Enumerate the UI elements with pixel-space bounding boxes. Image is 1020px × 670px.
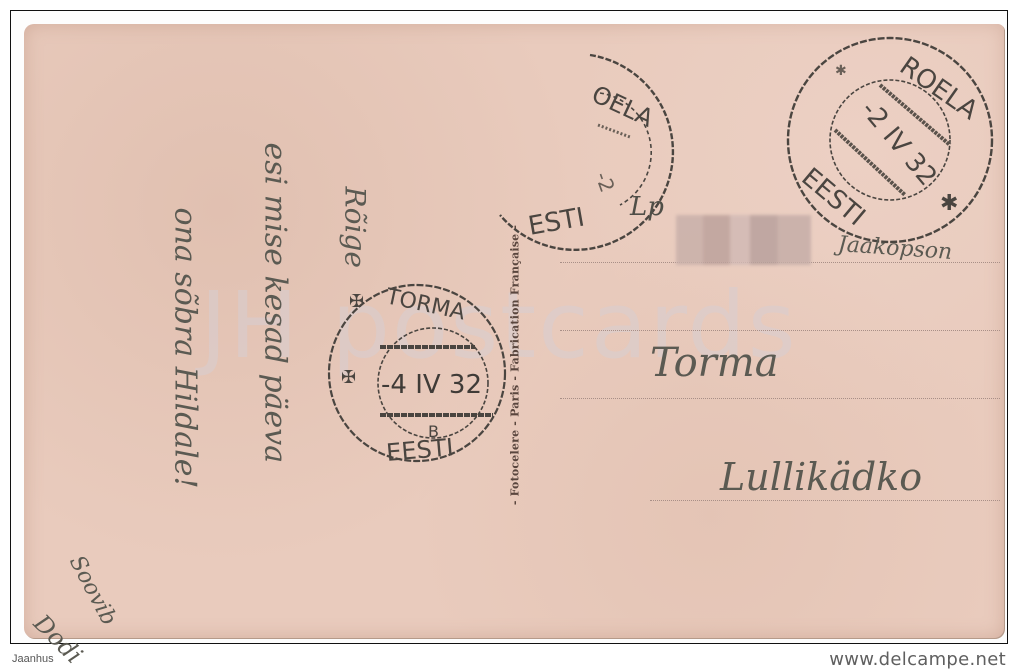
svg-text:TORMA: TORMA: [383, 284, 468, 325]
svg-text:-2: -2: [590, 169, 619, 196]
address-line-4: [650, 500, 1000, 501]
address-line-3: [560, 398, 1000, 399]
message-line-2: esi mise kesad päeva: [258, 143, 293, 464]
message-line-3: ona sõbra Hildale!: [168, 208, 203, 489]
roela-postmark-partial: OELA -2 ESTI Lp: [480, 45, 700, 270]
svg-text:✠: ✠: [349, 291, 364, 312]
address-line-2: [560, 330, 1000, 331]
address-district: Lullikädko: [720, 455, 922, 499]
svg-text:✱: ✱: [835, 63, 847, 79]
svg-text:-4 IV 32: -4 IV 32: [381, 370, 482, 400]
svg-text:✱: ✱: [940, 191, 958, 216]
seller-name: Jaanhus: [12, 653, 54, 665]
site-link[interactable]: www.delcampe.net: [829, 649, 1006, 670]
svg-text:ROELA: ROELA: [894, 51, 983, 126]
address-city: Torma: [650, 340, 779, 386]
svg-text:-2 IV 32: -2 IV 32: [855, 95, 943, 192]
svg-text:EESTI: EESTI: [385, 433, 454, 467]
roela-postmark: ROELA -2 IV 32 EESTI ✱ ✱: [780, 30, 1005, 255]
torma-postmark: TORMA -4 IV 32 B EESTI ✠ ✠: [325, 265, 525, 485]
svg-text:✠: ✠: [341, 367, 356, 388]
svg-text:ESTI: ESTI: [526, 203, 587, 242]
message-line-rõige: Rõige: [339, 187, 372, 268]
initials-handwriting: Lp: [629, 192, 664, 222]
